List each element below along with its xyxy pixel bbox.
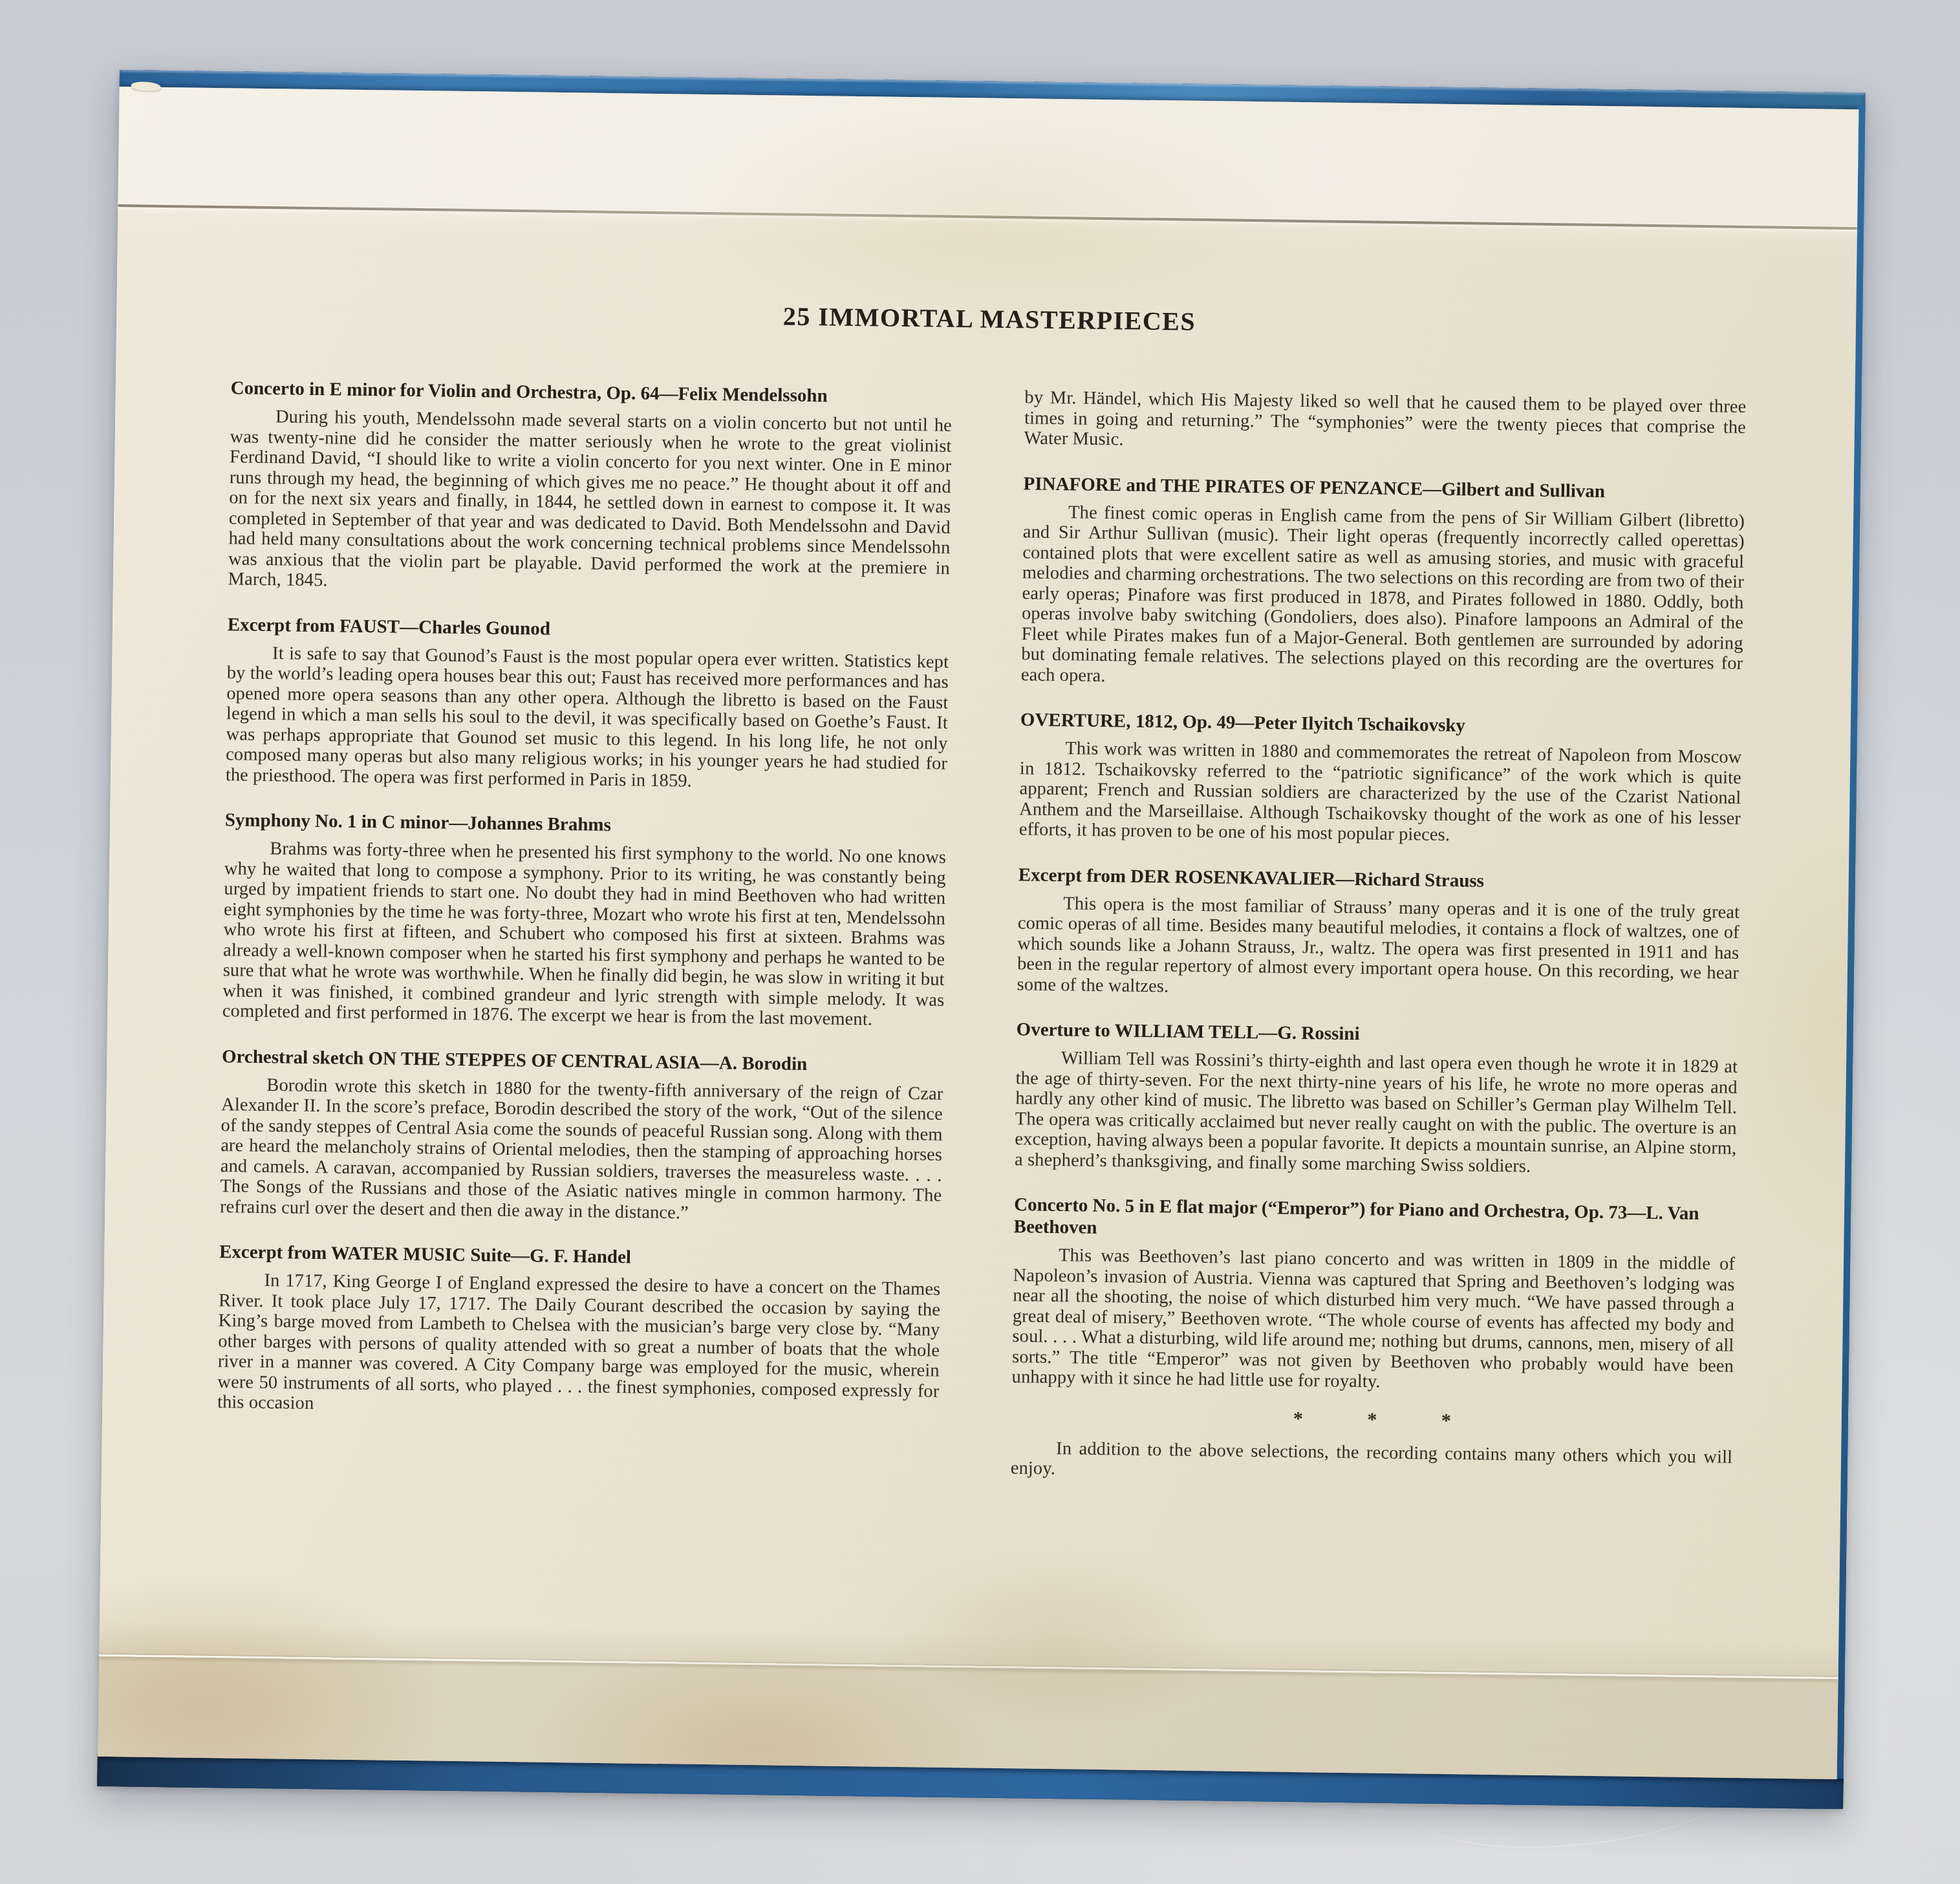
section-faust: Excerpt from FAUST—Charles Gounod It is …	[226, 614, 949, 795]
section-paragraph: In 1717, King George I of England expres…	[217, 1270, 941, 1422]
section-heading: Overture to WILLIAM TELL—G. Rossini	[1016, 1018, 1738, 1050]
section-paragraph: William Tell was Rossini’s thirty-eighth…	[1015, 1047, 1738, 1179]
crease-line-top	[118, 204, 1857, 230]
section-paragraph: The finest comic operas in English came …	[1021, 502, 1745, 694]
section-paragraph: This opera is the most familiar of Strau…	[1017, 893, 1739, 1004]
section-paragraph: During his youth, Mendelssohn made sever…	[228, 406, 952, 599]
section-paragraph: It is safe to say that Gounod’s Faust is…	[226, 643, 949, 795]
liner-notes-content: 25 IMMORTAL MASTERPIECES Concerto in E m…	[217, 294, 1748, 1488]
section-heading: OVERTURE, 1812, Op. 49—Peter Ilyitch Tsc…	[1020, 709, 1742, 740]
section-paragraph: This work was written in 1880 and commem…	[1019, 738, 1742, 849]
section-paragraph: This was Beethoven’s last piano concerto…	[1011, 1245, 1735, 1397]
handel-continuation-paragraph: by Mr. Händel, which His Majesty liked s…	[1024, 387, 1746, 458]
crease-line-bottom	[99, 1654, 1838, 1679]
section-heading: Symphony No. 1 in C minor—Johannes Brahm…	[225, 809, 947, 840]
section-heading: Concerto No. 5 in E flat major (“Emperor…	[1013, 1194, 1736, 1247]
text-columns: Concerto in E minor for Violin and Orche…	[217, 377, 1747, 1488]
separator-stars: * * *	[1011, 1404, 1733, 1436]
section-heading: Concerto in E minor for Violin and Orche…	[230, 377, 952, 409]
section-borodin: Orchestral sketch ON THE STEPPES OF CENT…	[220, 1045, 943, 1226]
section-paragraph: Brahms was forty-three when he presented…	[222, 838, 947, 1031]
section-william-tell: Overture to WILLIAM TELL—G. Rossini Will…	[1015, 1018, 1738, 1179]
section-mendelssohn: Concerto in E minor for Violin and Orche…	[228, 377, 952, 599]
album-title: 25 IMMORTAL MASTERPIECES	[232, 294, 1747, 344]
section-heading: Orchestral sketch ON THE STEPPES OF CENT…	[222, 1045, 943, 1077]
photo-backdrop: 25 IMMORTAL MASTERPIECES Concerto in E m…	[0, 0, 1960, 1884]
closing-note: In addition to the above selections, the…	[1011, 1438, 1733, 1488]
album-back-cover: 25 IMMORTAL MASTERPIECES Concerto in E m…	[97, 70, 1866, 1809]
right-column: by Mr. Händel, which His Majesty liked s…	[1011, 387, 1747, 1488]
left-column: Concerto in E minor for Violin and Orche…	[217, 377, 953, 1477]
section-gilbert-sullivan: PINAFORE and THE PIRATES OF PENZANCE—Gil…	[1021, 473, 1745, 694]
section-1812-overture: OVERTURE, 1812, Op. 49—Peter Ilyitch Tsc…	[1019, 709, 1743, 849]
section-paragraph: Borodin wrote this sketch in 1880 for th…	[220, 1075, 943, 1226]
section-heading: PINAFORE and THE PIRATES OF PENZANCE—Gil…	[1024, 473, 1745, 504]
liner-notes-paper: 25 IMMORTAL MASTERPIECES Concerto in E m…	[98, 87, 1859, 1779]
section-heading: Excerpt from FAUST—Charles Gounod	[228, 614, 949, 645]
section-rosenkavalier: Excerpt from DER ROSENKAVALIER—Richard S…	[1017, 864, 1740, 1004]
section-heading: Excerpt from DER ROSENKAVALIER—Richard S…	[1018, 864, 1740, 895]
section-brahms: Symphony No. 1 in C minor—Johannes Brahm…	[222, 809, 947, 1031]
section-emperor-concerto: Concerto No. 5 in E flat major (“Emperor…	[1011, 1194, 1736, 1397]
section-heading: Excerpt from WATER MUSIC Suite—G. F. Han…	[219, 1241, 941, 1272]
section-handel: Excerpt from WATER MUSIC Suite—G. F. Han…	[217, 1241, 941, 1422]
